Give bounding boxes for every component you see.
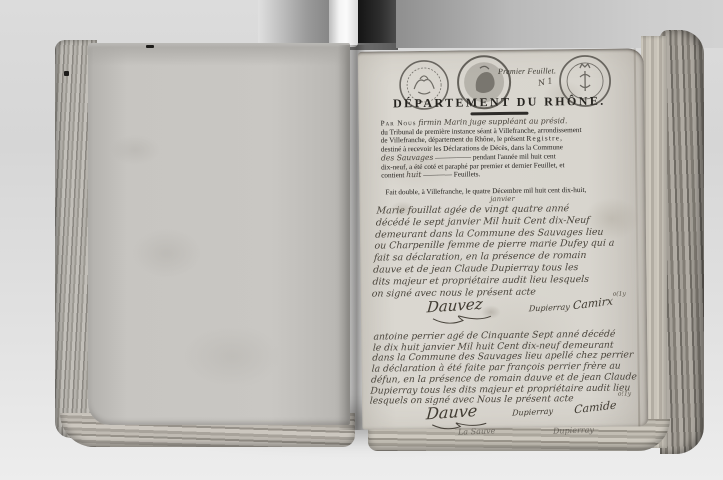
folio-handwritten-mark: N 1 [537, 76, 553, 88]
page-title: DÉPARTEMENT DU RHÔNE. [368, 93, 630, 111]
paper-stain [481, 305, 501, 319]
ink-speck [64, 71, 69, 76]
spine-paper-strip [329, 0, 358, 47]
folio-label: Premier Feuillet. [498, 66, 578, 76]
blank-left-page [88, 43, 350, 425]
margin-paraph-mark: o(1y [613, 291, 626, 298]
heading-rule [470, 112, 528, 115]
preamble-line: contient huit ———— Feuillets. [381, 169, 631, 181]
judge-name-handwritten: firmin Marin juge suppléant au présid. [418, 116, 567, 127]
commune-name-handwritten: des Sauvages [381, 153, 433, 163]
margin-paraph-mark: o!1y [618, 390, 631, 397]
ink-speck [146, 45, 154, 48]
printed-preamble: Par Nous firmin Marin juge suppléant au … [381, 116, 632, 180]
preamble-text: pendant l'année mil huit cent [473, 152, 556, 161]
preamble-text: contient [381, 171, 404, 179]
signature: Dupierray [512, 407, 553, 418]
blank-rule: ———— [423, 171, 452, 179]
scan-dark-gap [358, 0, 396, 43]
register-right-page: Premier Feuillet. N 1 DÉPARTEMENT DU RHÔ… [358, 48, 649, 429]
feuillet-count-handwritten: huit [406, 170, 421, 179]
signature-flourish [430, 420, 488, 430]
death-record-2: antoine perrier agé de Cinquante Sept an… [369, 329, 645, 407]
par-nous-label: Par Nous [381, 119, 417, 127]
death-record-1: Marie fouillat agée de vingt quatre anné… [371, 202, 642, 300]
signature: Dupierray [529, 302, 570, 313]
blank-rule: ————— [435, 153, 471, 161]
registre-label: Registre, [526, 135, 563, 143]
scanned-register-page: La Sauve Dupierray Premier Feuillet. N 1… [0, 0, 723, 480]
preamble-text: Feuillets. [454, 170, 481, 178]
